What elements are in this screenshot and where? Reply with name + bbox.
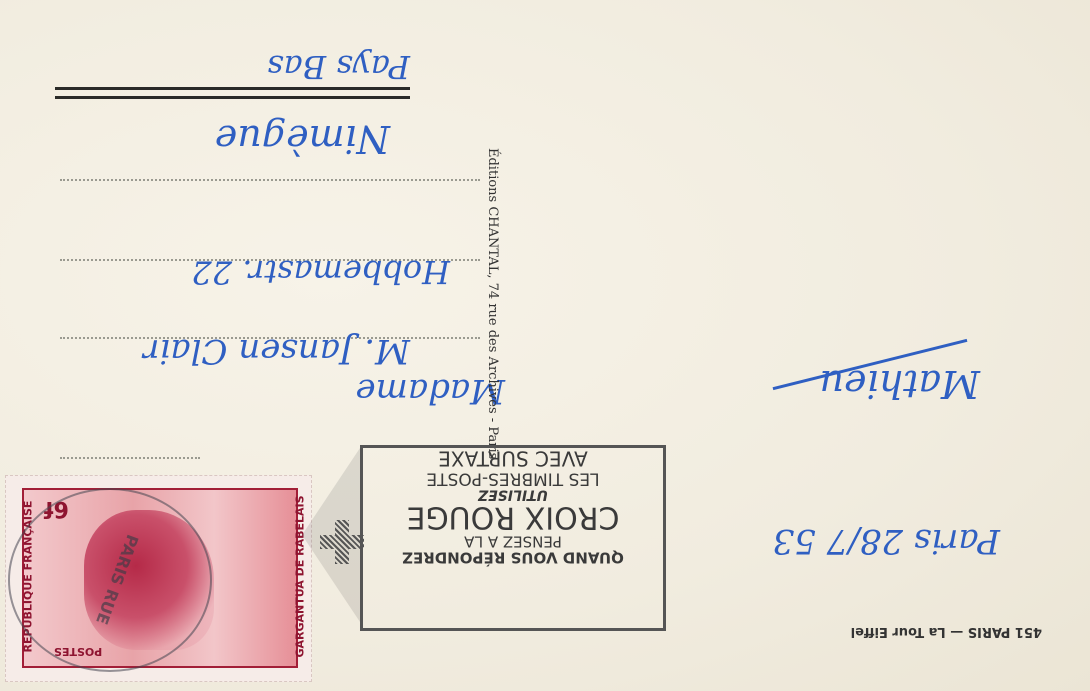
address-line2: M. Jansen Clair	[143, 331, 410, 371]
red-cross-icon	[320, 520, 364, 564]
slogan-line-5: LES TIMBRES-POSTE	[363, 469, 663, 487]
address-line1: Madame	[356, 371, 505, 411]
double-rule-bottom	[55, 87, 410, 90]
address-line3: Hobbemastr. 22	[191, 253, 450, 291]
date-line: Paris 28/7 53	[773, 521, 1000, 561]
publisher-line: Éditions CHANTAL, 74 rue des Archives - …	[485, 148, 500, 459]
slogan-line-6: AVEC SURTAXE	[363, 448, 663, 469]
slogan-line-2: PENSEZ A LA	[363, 533, 663, 549]
slogan-postmark: QUAND VOUS RÉPONDREZ PENSEZ A LA CROIX R…	[360, 445, 666, 631]
address-line-1	[60, 179, 480, 181]
postmark-cancellation: PARIS RUE	[8, 488, 212, 672]
card-caption: 451 PARIS — La Tour Eiffel	[851, 624, 1042, 639]
address-line-4	[60, 457, 200, 459]
address-line4: Nimègue	[215, 117, 390, 161]
cancellation-text: PARIS RUE	[92, 532, 142, 627]
slogan-line-1: QUAND VOUS RÉPONDREZ	[363, 549, 663, 565]
double-rule-top	[55, 96, 410, 99]
postcard-back: Madame M. Jansen Clair Hobbemastr. 22 Ni…	[0, 0, 1090, 691]
address-line5: Pays Bas	[267, 48, 410, 86]
slogan-line-3: CROIX ROUGE	[363, 502, 663, 534]
